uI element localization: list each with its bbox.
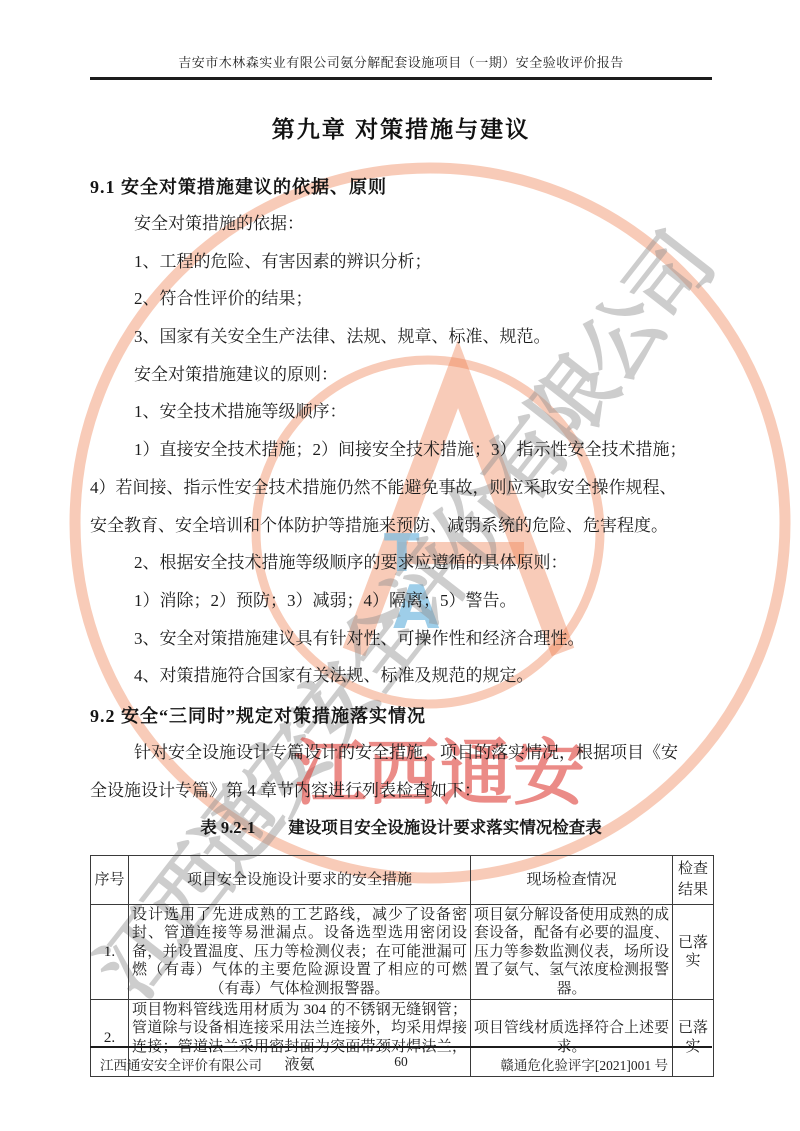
checklist-table-body: 1.设计选用了先进成熟的工艺路线，减少了设备密封、管道连接等易泄漏点。设备选型选… [91,905,714,1077]
table-row: 1.设计选用了先进成熟的工艺路线，减少了设备密封、管道连接等易泄漏点。设备选型选… [91,905,714,1000]
table-caption: 表 9.2-1 建设项目安全设施设计要求落实情况检查表 [90,809,712,847]
text-line: 1、安全技术措施等级顺序： [90,393,712,431]
column-header-no: 序号 [91,856,129,905]
section-91-lines: 安全对策措施的依据：1、工程的危险、有害因素的辨识分析；2、符合性评价的结果；3… [90,205,712,695]
footer-rule [90,1046,712,1048]
text-line: 4、对策措施符合国家有关法规、标准及规范的规定。 [90,657,712,695]
text-line: 1、工程的危险、有害因素的辨识分析； [90,243,712,281]
text-line: 3、国家有关安全生产法律、法规、规章、标准、规范。 [90,318,712,356]
report-header: 吉安市木林森实业有限公司氨分解配套设施项目（一期）安全验收评价报告 [90,52,712,71]
text-line: 2、符合性评价的结果； [90,280,712,318]
chapter-title: 第九章 对策措施与建议 [90,111,712,144]
column-header-result: 检查结果 [673,856,714,905]
table-cell-result: 已落实 [673,905,714,1000]
section-91-heading: 9.1 安全对策措施建议的依据、原则 [90,173,712,199]
page-content: 吉安市木林森实业有限公司氨分解配套设施项目（一期）安全验收评价报告 第九章 对策… [0,0,800,1131]
document-page: T A 江西通安安全评价有限公司 江西通安 吉安市木林森实业有限公司氨分解配套设… [0,0,800,1131]
page-footer: 江西通安安全评价有限公司 60 赣通危化验评字[2021]001 号 [90,1052,712,1072]
header-rule [90,77,712,80]
text-line: 安全教育、安全培训和个体防护等措施来预防、减弱系统的危险、危害程度。 [90,507,712,545]
text-line: 安全对策措施建议的原则： [90,356,712,394]
checklist-table-head: 序号 项目安全设施设计要求的安全措施 现场检查情况 检查结果 [91,856,714,905]
text-line: 全设施设计专篇》第 4 章节内容进行列表检查如下： [90,772,712,810]
text-line: 安全对策措施的依据： [90,205,712,243]
text-line: 针对安全设施设计专篇设计的安全措施，项目的落实情况，根据项目《安 [90,734,712,772]
footer-doc-number: 赣通危化验评字[2021]001 号 [500,1054,668,1074]
text-line: 3、安全对策措施建议具有针对性、可操作性和经济合理性。 [90,620,712,658]
column-header-measure: 项目安全设施设计要求的安全措施 [129,856,471,905]
text-line: 1）直接安全技术措施；2）间接安全技术措施；3）指示性安全技术措施； [90,431,712,469]
text-line: 4）若间接、指示性安全技术措施仍然不能避免事故，则应采取安全操作规程、 [90,469,712,507]
section-92-lines: 针对安全设施设计专篇设计的安全措施，项目的落实情况，根据项目《安全设施设计专篇》… [90,734,712,809]
section-92-heading: 9.2 安全“三同时”规定对策措施落实情况 [90,702,712,728]
column-header-check: 现场检查情况 [471,856,673,905]
table-cell-no: 1. [91,905,129,1000]
table-header-row: 序号 项目安全设施设计要求的安全措施 现场检查情况 检查结果 [91,856,714,905]
table-cell-measure: 设计选用了先进成熟的工艺路线，减少了设备密封、管道连接等易泄漏点。设备选型选用密… [129,905,471,1000]
text-line: 2、根据安全技术措施等级顺序的要求应遵循的具体原则： [90,544,712,582]
checklist-table: 序号 项目安全设施设计要求的安全措施 现场检查情况 检查结果 1.设计选用了先进… [90,855,714,1077]
text-line: 1）消除；2）预防；3）减弱；4）隔离；5）警告。 [90,582,712,620]
table-cell-check: 项目氨分解设备使用成熟的成套设备，配备有必要的温度、压力等参数监测仪表，场所设置… [471,905,673,1000]
